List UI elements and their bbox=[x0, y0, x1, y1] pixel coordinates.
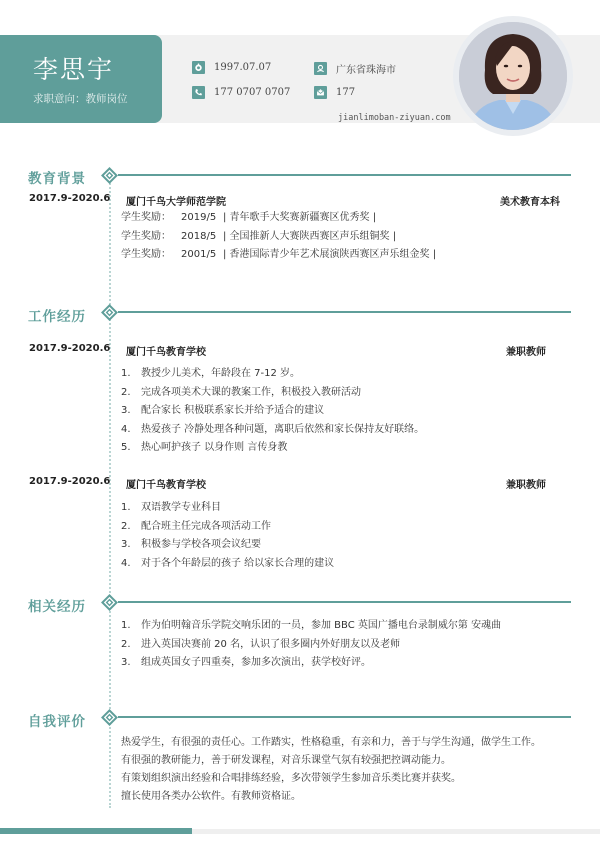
location-info: 广东省珠海市 bbox=[314, 61, 396, 76]
self-eval-line: 有策划组织演出经验和合唱排练经验，多次带领学生参加音乐类比赛并获奖。 bbox=[121, 770, 541, 788]
list-item: 3.积极参与学校各项会议纪要 bbox=[121, 536, 334, 555]
candidate-name: 李思宇 bbox=[33, 50, 114, 86]
list-item: 4.对于各个年龄层的孩子 给以家长合理的建议 bbox=[121, 555, 334, 574]
section-divider bbox=[118, 716, 571, 718]
list-item: 2.进入英国决赛前 20 名，认识了很多圈内外好朋友以及老师 bbox=[121, 636, 501, 655]
list-item: 2.配合班主任完成各项活动工作 bbox=[121, 518, 334, 537]
award-item: 学生奖励： 2001/5 | 香港国际青少年艺术展演陕西赛区声乐组金奖 | bbox=[121, 246, 436, 265]
birthday-info: 1997.07.07 bbox=[192, 61, 271, 74]
list-item: 2.完成各项美术大课的教案工作，积极投入教研活动 bbox=[121, 384, 424, 403]
self-eval-line: 热爱学生，有很强的责任心。工作踏实，性格稳重，有亲和力，善于与学生沟通，做学生工… bbox=[121, 734, 541, 752]
education-school: 厦门千鸟大学师范学院 bbox=[126, 193, 226, 208]
section-title-self-eval: 自我评价 bbox=[28, 710, 86, 730]
phone-value: 177 0707 0707 bbox=[214, 87, 290, 98]
education-major: 美术教育本科 bbox=[500, 193, 560, 208]
diamond-icon bbox=[101, 167, 118, 184]
section-title-education: 教育背景 bbox=[28, 167, 86, 187]
list-item: 5.热心呵护孩子 以身作则 言传身教 bbox=[121, 439, 424, 458]
email-value: 177 bbox=[336, 87, 355, 98]
profile-photo bbox=[459, 22, 567, 130]
job-org: 厦门千鸟教育学校 bbox=[126, 476, 206, 491]
section-divider bbox=[118, 311, 571, 313]
job-intent: 求职意向：教师岗位 bbox=[33, 91, 128, 106]
list-item: 1.双语教学专业科目 bbox=[121, 499, 334, 518]
mail-icon bbox=[314, 86, 327, 99]
section-title-related: 相关经历 bbox=[28, 595, 86, 615]
award-item: 学生奖励： 2018/5 | 全国推新人大赛陕西赛区声乐组铜奖 | bbox=[121, 228, 436, 247]
phone-info: 177 0707 0707 bbox=[192, 86, 290, 99]
job-date: 2017.9-2020.6 bbox=[29, 343, 110, 354]
education-date: 2017.9-2020.6 bbox=[29, 193, 110, 204]
self-eval-line: 擅长使用各类办公软件。有教师资格证。 bbox=[121, 788, 541, 806]
section-divider bbox=[118, 601, 571, 603]
website-text: jianlimoban-ziyuan.com bbox=[338, 113, 451, 123]
diamond-icon bbox=[101, 594, 118, 611]
birthday-value: 1997.07.07 bbox=[214, 62, 271, 73]
phone-icon bbox=[192, 86, 205, 99]
job-duties: 1.双语教学专业科目 2.配合班主任完成各项活动工作 3.积极参与学校各项会议纪… bbox=[121, 499, 334, 573]
self-eval-line: 有很强的教研能力，善于研发课程，对音乐课堂气氛有较强把控调动能力。 bbox=[121, 752, 541, 770]
self-eval-text: 热爱学生，有很强的责任心。工作踏实，性格稳重，有亲和力，善于与学生沟通，做学生工… bbox=[121, 734, 541, 806]
job-duties: 1.教授少儿美术，年龄段在 7-12 岁。 2.完成各项美术大课的教案工作，积极… bbox=[121, 365, 424, 458]
calendar-icon bbox=[192, 61, 205, 74]
job-role: 兼职教师 bbox=[506, 476, 546, 491]
list-item: 1.教授少儿美术，年龄段在 7-12 岁。 bbox=[121, 365, 424, 384]
award-item: 学生奖励： 2019/5 | 青年歌手大奖赛新疆赛区优秀奖 | bbox=[121, 209, 436, 228]
diamond-icon bbox=[101, 709, 118, 726]
email-info: 177 bbox=[314, 86, 355, 99]
related-list: 1.作为伯明翰音乐学院交响乐团的一员，参加 BBC 英国广播电台录制威尔第 安魂… bbox=[121, 617, 501, 673]
awards-list: 学生奖励： 2019/5 | 青年歌手大奖赛新疆赛区优秀奖 | 学生奖励： 20… bbox=[121, 209, 436, 265]
job-org: 厦门千鸟教育学校 bbox=[126, 343, 206, 358]
section-divider bbox=[118, 174, 571, 176]
job-role: 兼职教师 bbox=[506, 343, 546, 358]
list-item: 3.配合家长 积极联系家长并给予适合的建议 bbox=[121, 402, 424, 421]
job-date: 2017.9-2020.6 bbox=[29, 476, 110, 487]
section-title-work: 工作经历 bbox=[28, 305, 86, 325]
location-value: 广东省珠海市 bbox=[336, 61, 396, 76]
footer-bar-accent bbox=[0, 828, 192, 834]
location-icon bbox=[314, 62, 327, 75]
list-item: 1.作为伯明翰音乐学院交响乐团的一员，参加 BBC 英国广播电台录制威尔第 安魂… bbox=[121, 617, 501, 636]
diamond-icon bbox=[101, 304, 118, 321]
list-item: 3.组成英国女子四重奏，参加多次演出，获学校好评。 bbox=[121, 654, 501, 673]
list-item: 4.热爱孩子 冷静处理各种问题，离职后依然和家长保持友好联络。 bbox=[121, 421, 424, 440]
